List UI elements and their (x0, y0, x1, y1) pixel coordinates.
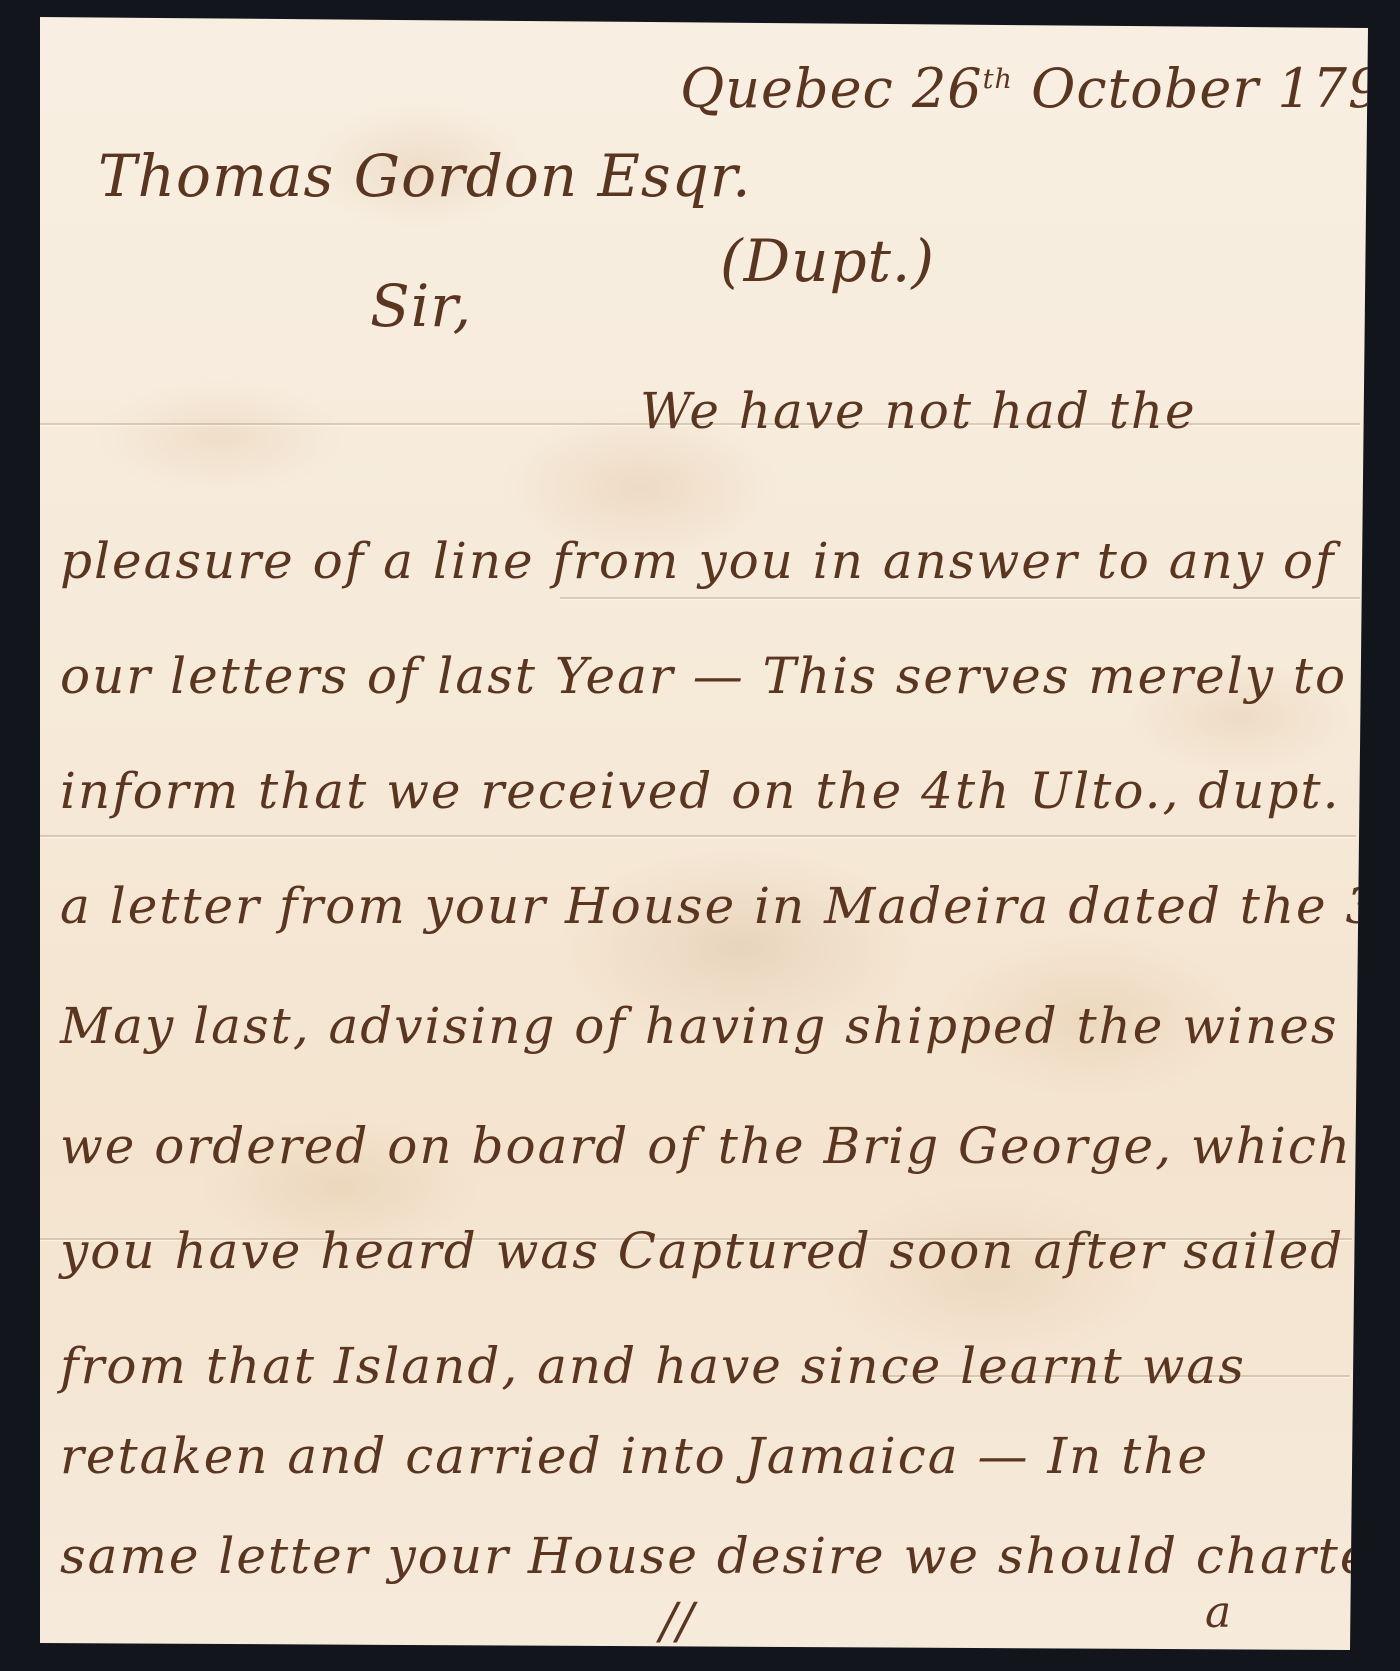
letter-line: from that Island, and have since learnt … (60, 1337, 1246, 1395)
letter-line: we ordered on board of the Brig George, … (60, 1117, 1400, 1175)
letter-line: We have not had the (640, 382, 1197, 440)
date-day-suffix: th (983, 64, 1013, 95)
letter-line: you have heard was Captured soon after s… (60, 1222, 1344, 1280)
catchword: a (1205, 1587, 1231, 1638)
fold-line (40, 835, 1356, 837)
addressee: Thomas Gordon Esqr. (98, 142, 752, 210)
place-date: Quebec 26th October 1799. (680, 57, 1400, 120)
letter-line: pleasure of a line from you in answer to… (60, 532, 1336, 590)
letter-line: same letter your House desire we should … (60, 1527, 1397, 1585)
date-month-year: October 1799. (1031, 57, 1400, 120)
letter-line: May last, advising of having shipped the… (60, 997, 1339, 1055)
letter-line: inform that we received on the 4th Ulto.… (60, 762, 1400, 820)
letter-line: retaken and carried into Jamaica — In th… (60, 1427, 1209, 1485)
date-day: 26 (912, 57, 983, 120)
letter-paper: Quebec 26th October 1799. Thomas Gordon … (40, 17, 1368, 1650)
duplicate-annotation: (Dupt.) (720, 227, 935, 295)
bottom-mark: // (660, 1592, 694, 1650)
salutation: Sir, (370, 272, 472, 340)
letter-line: our letters of last Year — This serves m… (60, 647, 1347, 705)
date-place: Quebec (680, 57, 894, 120)
fold-line (560, 597, 1360, 599)
letter-line: a letter from your House in Madeira date… (60, 877, 1400, 935)
